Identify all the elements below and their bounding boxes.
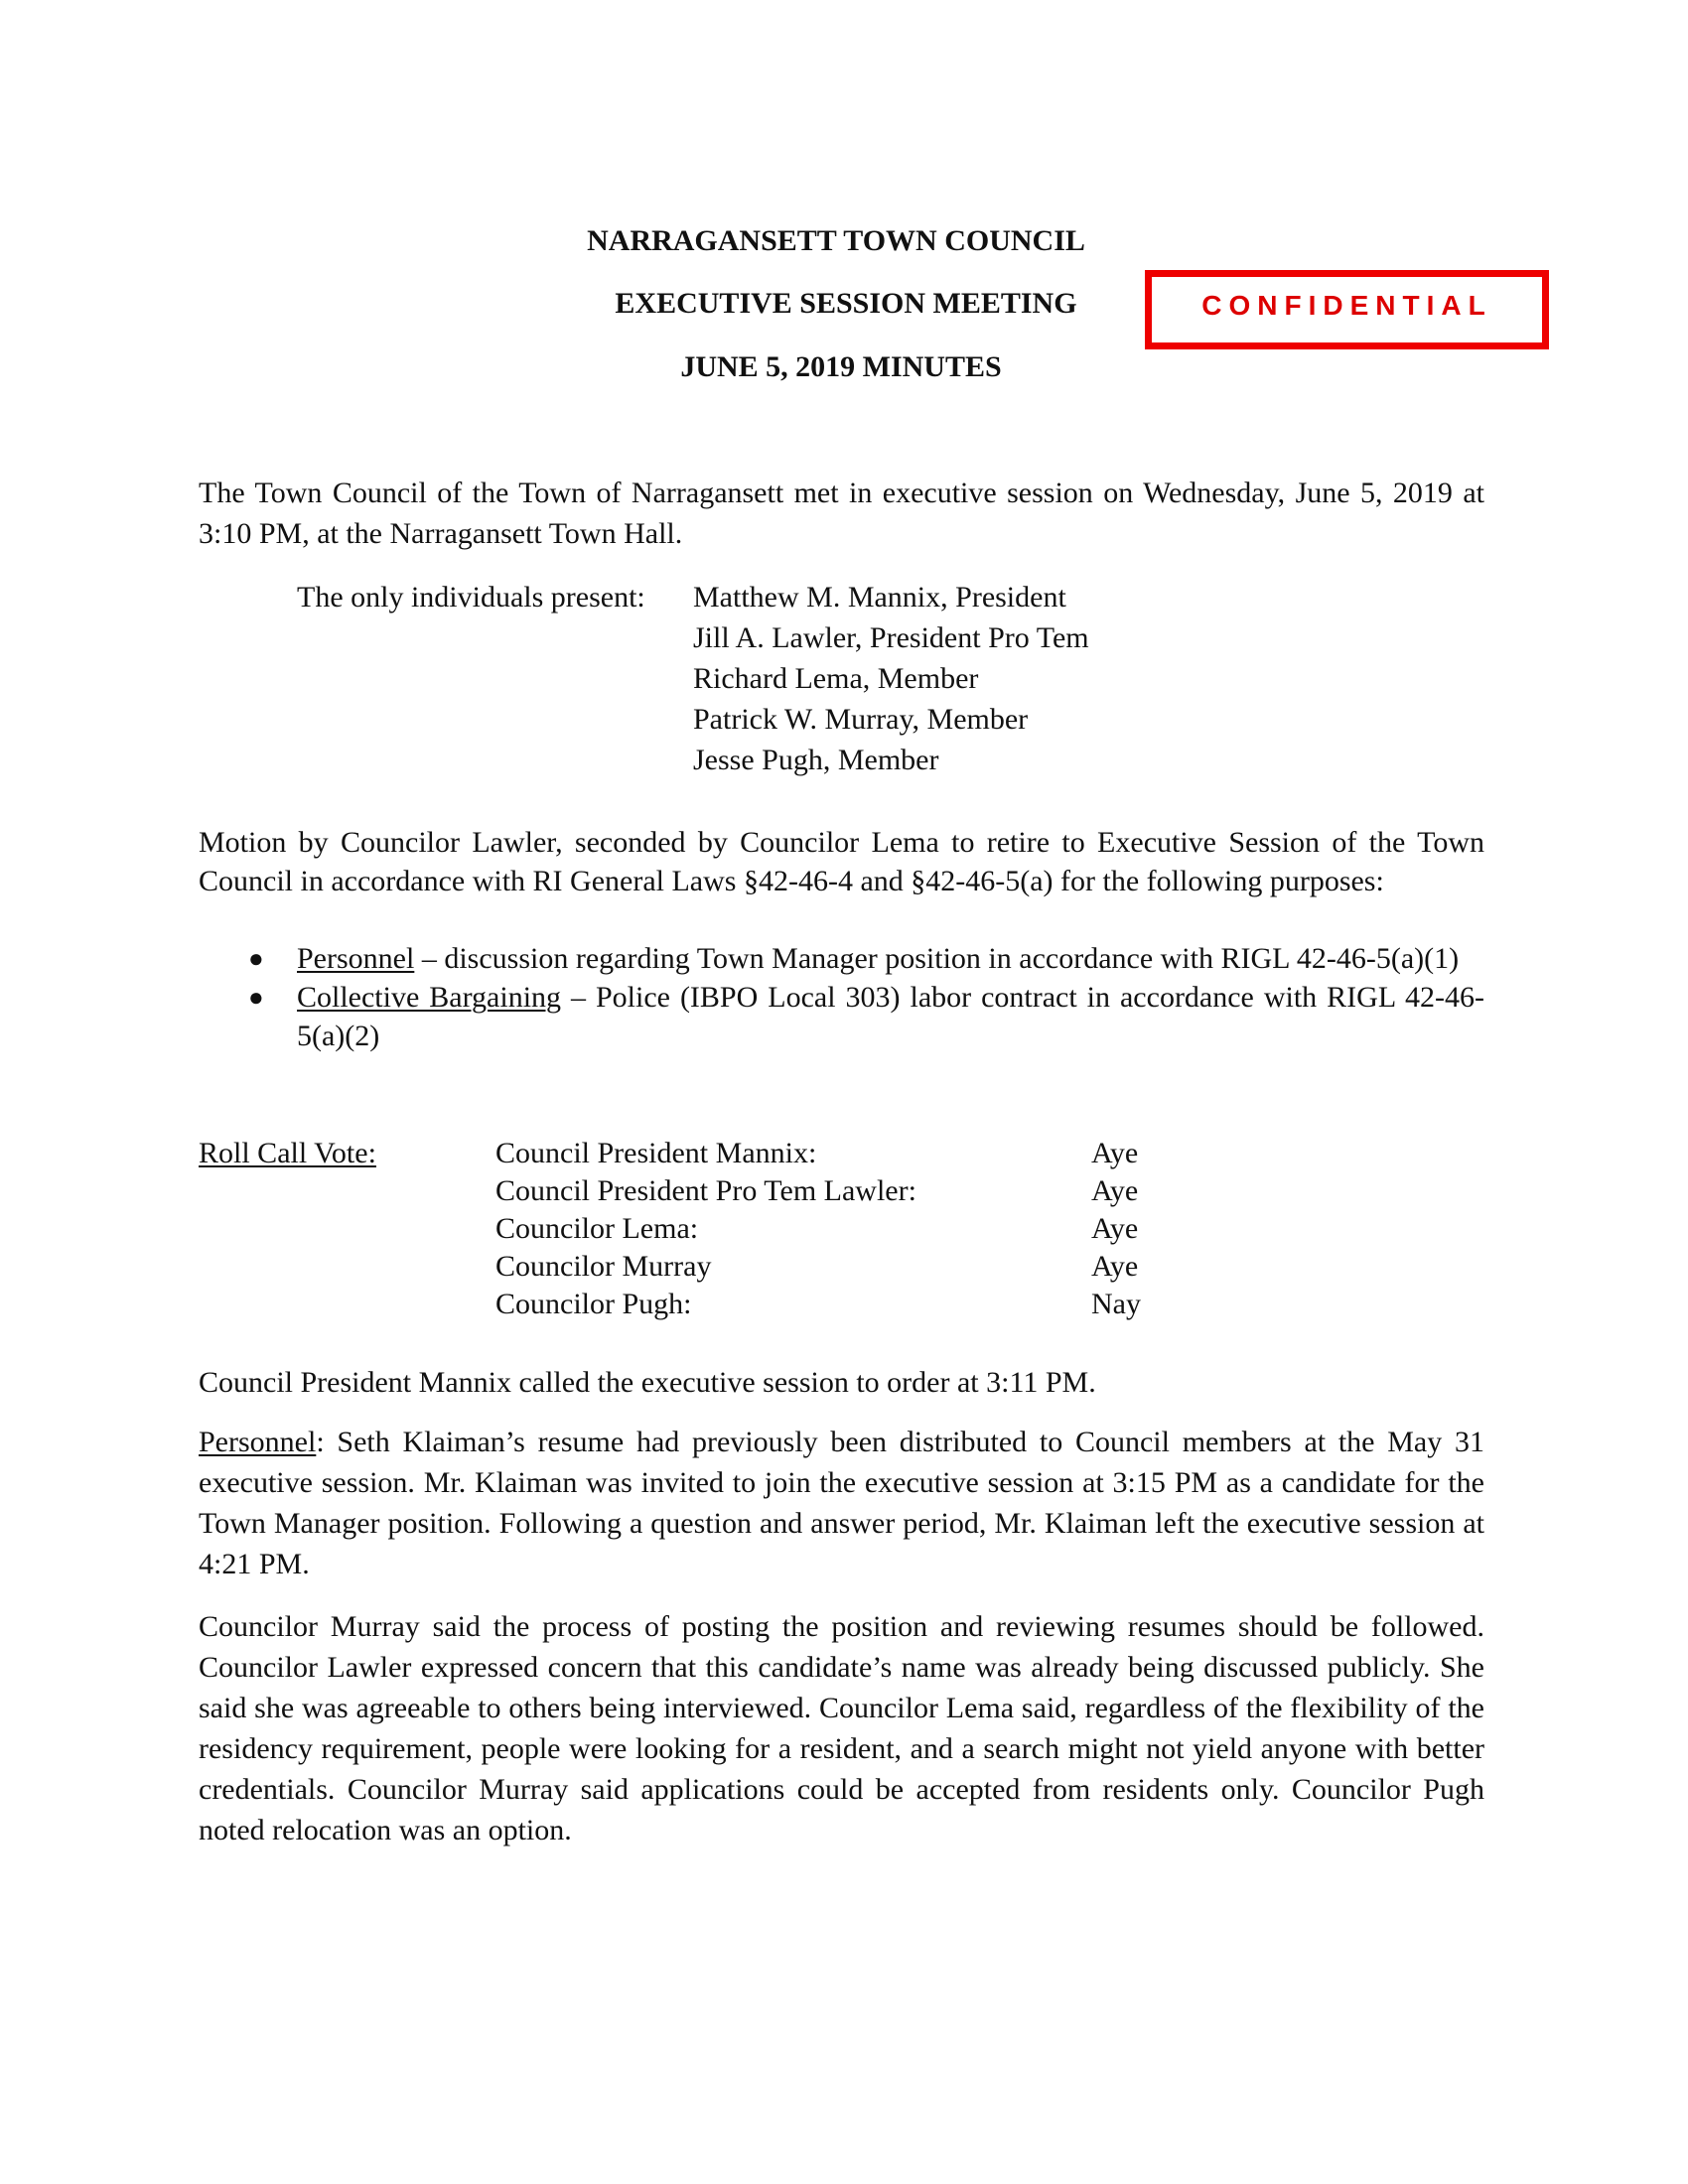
voter-name: Councilor Lema: — [495, 1212, 698, 1245]
confidential-stamp: CONFIDENTIAL — [1145, 270, 1549, 349]
attendee: Jill A. Lawler, President Pro Tem — [693, 617, 1089, 658]
intro-paragraph: The Town Council of the Town of Narragan… — [199, 473, 1484, 554]
vote-value: Aye — [1091, 1135, 1138, 1172]
voter-name: Council President Mannix: — [495, 1137, 816, 1169]
attendance-list: Matthew M. Mannix, President Jill A. Law… — [693, 577, 1089, 780]
council-title: NARRAGANSETT TOWN COUNCIL — [489, 224, 1184, 258]
vote-row: Councilor Murray Aye — [495, 1248, 1191, 1286]
attendee: Matthew M. Mannix, President — [693, 577, 1089, 617]
vote-value: Aye — [1091, 1210, 1138, 1248]
call-to-order: Council President Mannix called the exec… — [199, 1362, 1484, 1403]
minutes-date: JUNE 5, 2019 MINUTES — [493, 350, 1189, 384]
personnel-label: Personnel — [199, 1426, 316, 1458]
bullet-icon: ● — [248, 978, 264, 1017]
vote-value: Aye — [1091, 1248, 1138, 1286]
purpose-item: ● Collective Bargaining – Police (IBPO L… — [199, 978, 1484, 1055]
purpose-title: Personnel — [297, 942, 414, 975]
roll-call-votes: Council President Mannix: Aye Council Pr… — [495, 1135, 1191, 1323]
purpose-item: ● Personnel – discussion regarding Town … — [199, 939, 1484, 978]
attendee: Richard Lema, Member — [693, 658, 1089, 699]
voter-name: Council President Pro Tem Lawler: — [495, 1174, 916, 1207]
bullet-icon: ● — [248, 939, 264, 978]
purpose-title: Collective Bargaining — [297, 981, 561, 1014]
vote-row: Council President Mannix: Aye — [495, 1135, 1191, 1172]
confidential-label: CONFIDENTIAL — [1201, 290, 1491, 322]
purposes-list: ● Personnel – discussion regarding Town … — [199, 939, 1484, 1055]
motion-paragraph: Motion by Councilor Lawler, seconded by … — [199, 823, 1484, 900]
document-page: NARRAGANSETT TOWN COUNCIL EXECUTIVE SESS… — [0, 0, 1688, 2184]
purpose-text: – discussion regarding Town Manager posi… — [414, 942, 1459, 975]
meeting-title: EXECUTIVE SESSION MEETING — [498, 287, 1194, 321]
vote-row: Councilor Lema: Aye — [495, 1210, 1191, 1248]
attendee: Patrick W. Murray, Member — [693, 699, 1089, 740]
discussion-paragraph: Councilor Murray said the process of pos… — [199, 1606, 1484, 1850]
voter-name: Councilor Murray — [495, 1250, 711, 1283]
attendee: Jesse Pugh, Member — [693, 740, 1089, 780]
vote-row: Councilor Pugh: Nay — [495, 1286, 1191, 1323]
personnel-text: : Seth Klaiman’s resume had previously b… — [199, 1426, 1484, 1580]
vote-row: Council President Pro Tem Lawler: Aye — [495, 1172, 1191, 1210]
roll-call-label: Roll Call Vote: — [199, 1135, 376, 1172]
attendance-label: The only individuals present: — [297, 577, 645, 617]
voter-name: Councilor Pugh: — [495, 1288, 692, 1320]
personnel-paragraph: Personnel: Seth Klaiman’s resume had pre… — [199, 1422, 1484, 1584]
vote-value: Aye — [1091, 1172, 1138, 1210]
vote-value: Nay — [1091, 1286, 1141, 1323]
